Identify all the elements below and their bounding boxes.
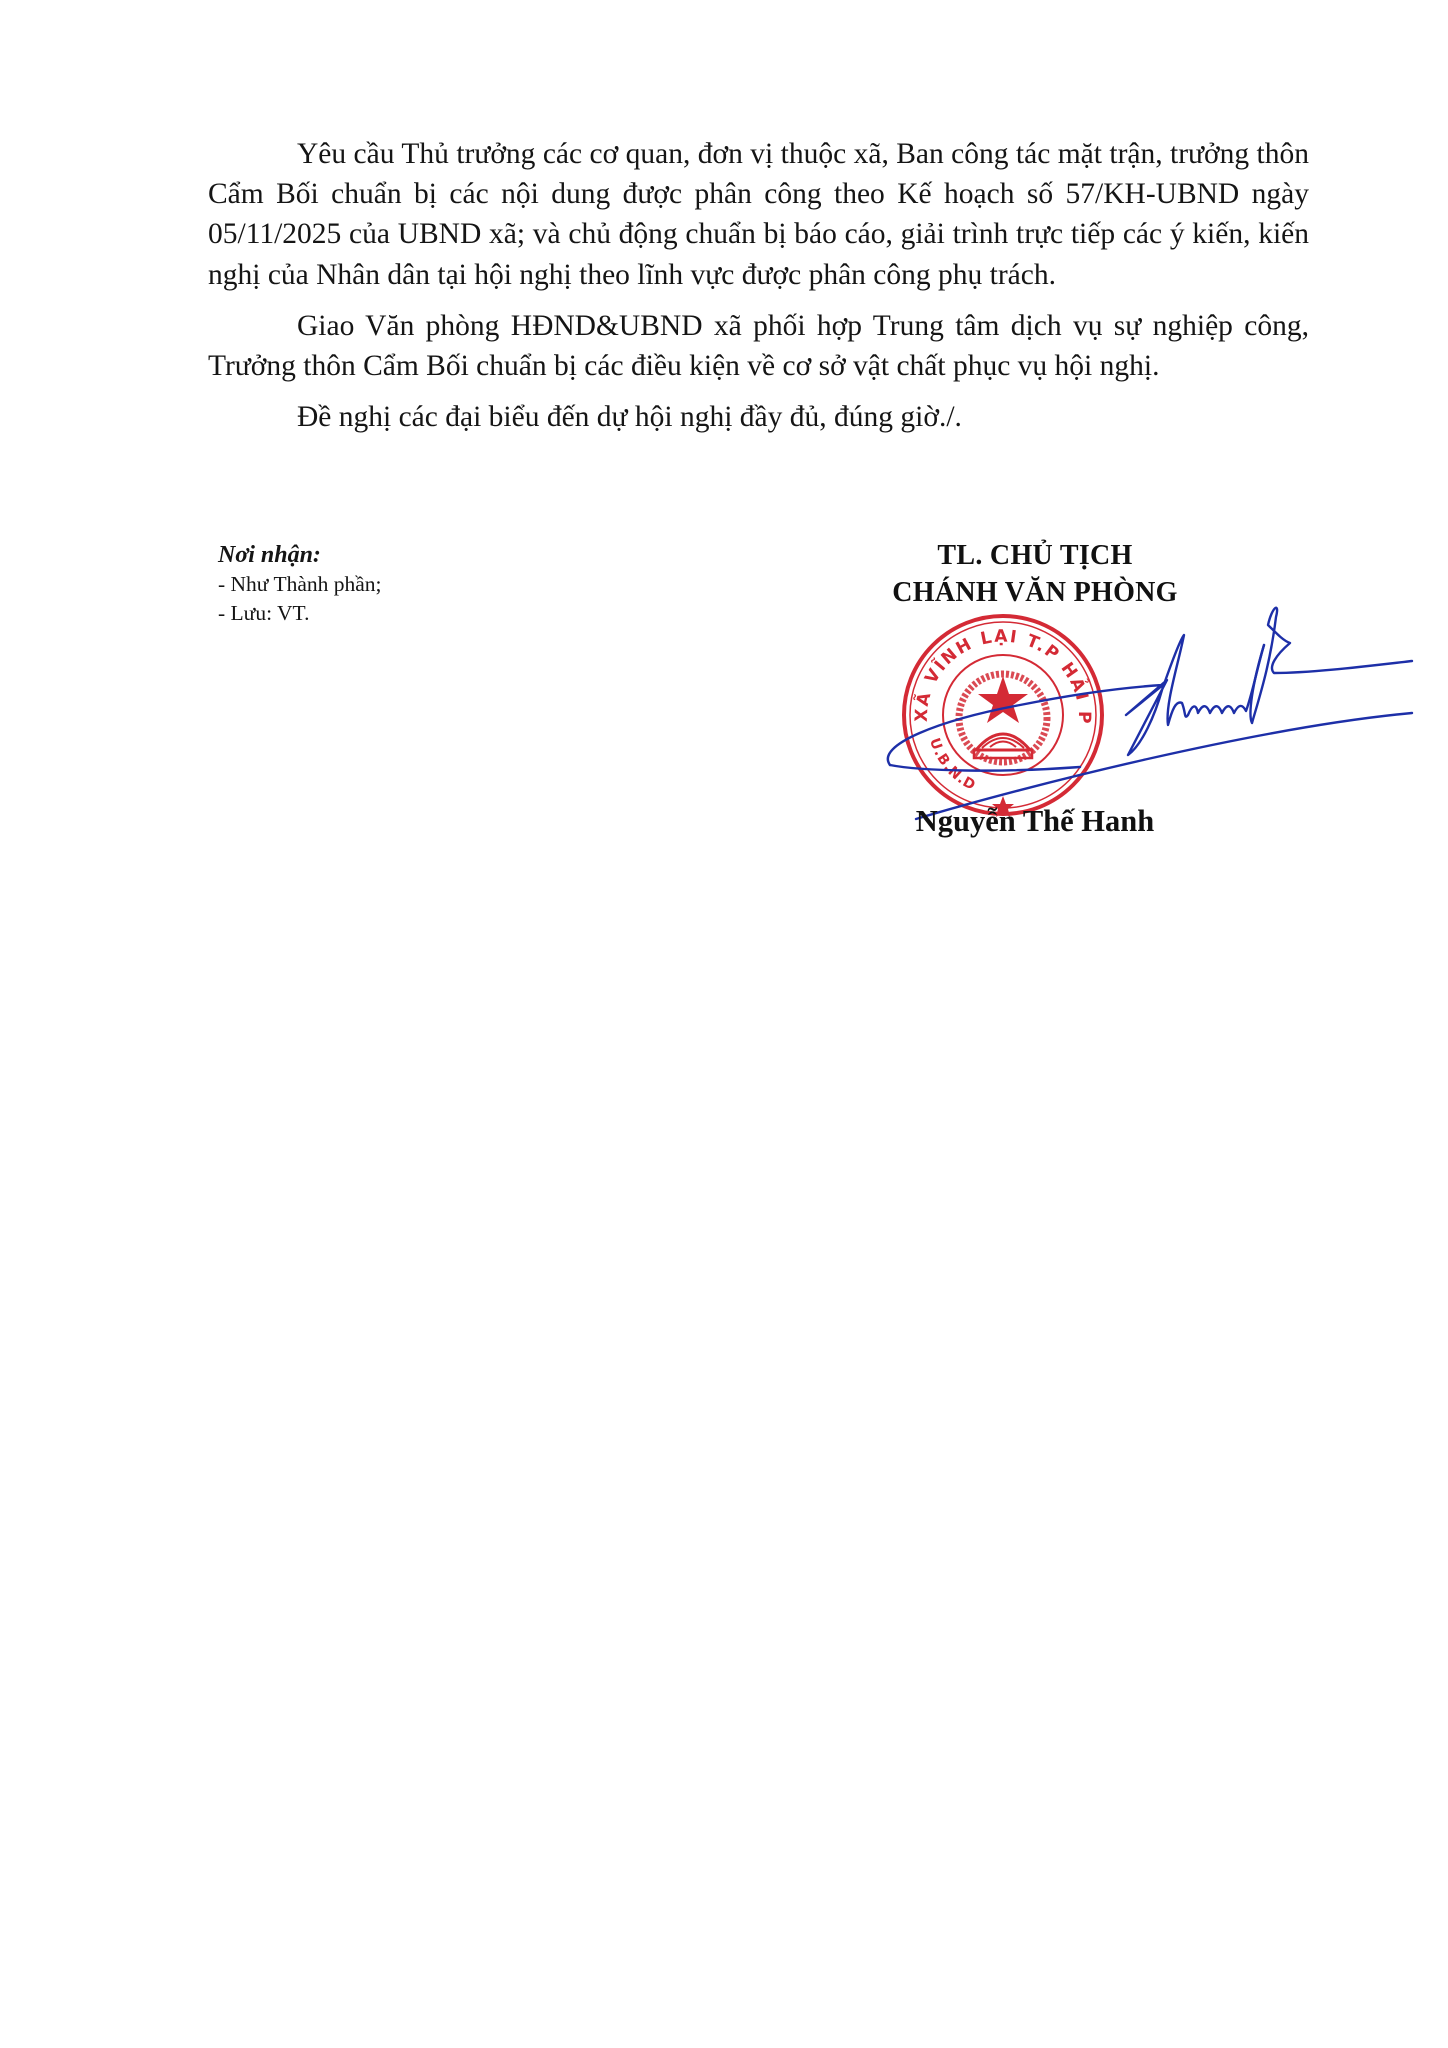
- signature-authority-line: TL. CHỦ TỊCH: [840, 537, 1230, 574]
- recipient-item: - Như Thành phần;: [218, 570, 382, 599]
- recipient-item: - Lưu: VT.: [218, 599, 382, 628]
- paragraph-attendance-request: Đề nghị các đại biểu đến dự hội nghị đầy…: [208, 397, 1309, 437]
- recipients-block: Nơi nhận: - Như Thành phần; - Lưu: VT.: [218, 540, 382, 628]
- document-page: Yêu cầu Thủ trưởng các cơ quan, đơn vị t…: [0, 0, 1448, 2048]
- handwritten-signature-icon: [880, 595, 1420, 825]
- signer-name: Nguyễn Thế Hanh: [840, 804, 1230, 839]
- recipients-heading: Nơi nhận:: [218, 540, 382, 570]
- paragraph-preparation-request: Yêu cầu Thủ trưởng các cơ quan, đơn vị t…: [208, 134, 1309, 295]
- paragraph-office-assignment: Giao Văn phòng HĐND&UBND xã phối hợp Tru…: [208, 306, 1309, 386]
- document-body: Yêu cầu Thủ trưởng các cơ quan, đơn vị t…: [208, 134, 1309, 448]
